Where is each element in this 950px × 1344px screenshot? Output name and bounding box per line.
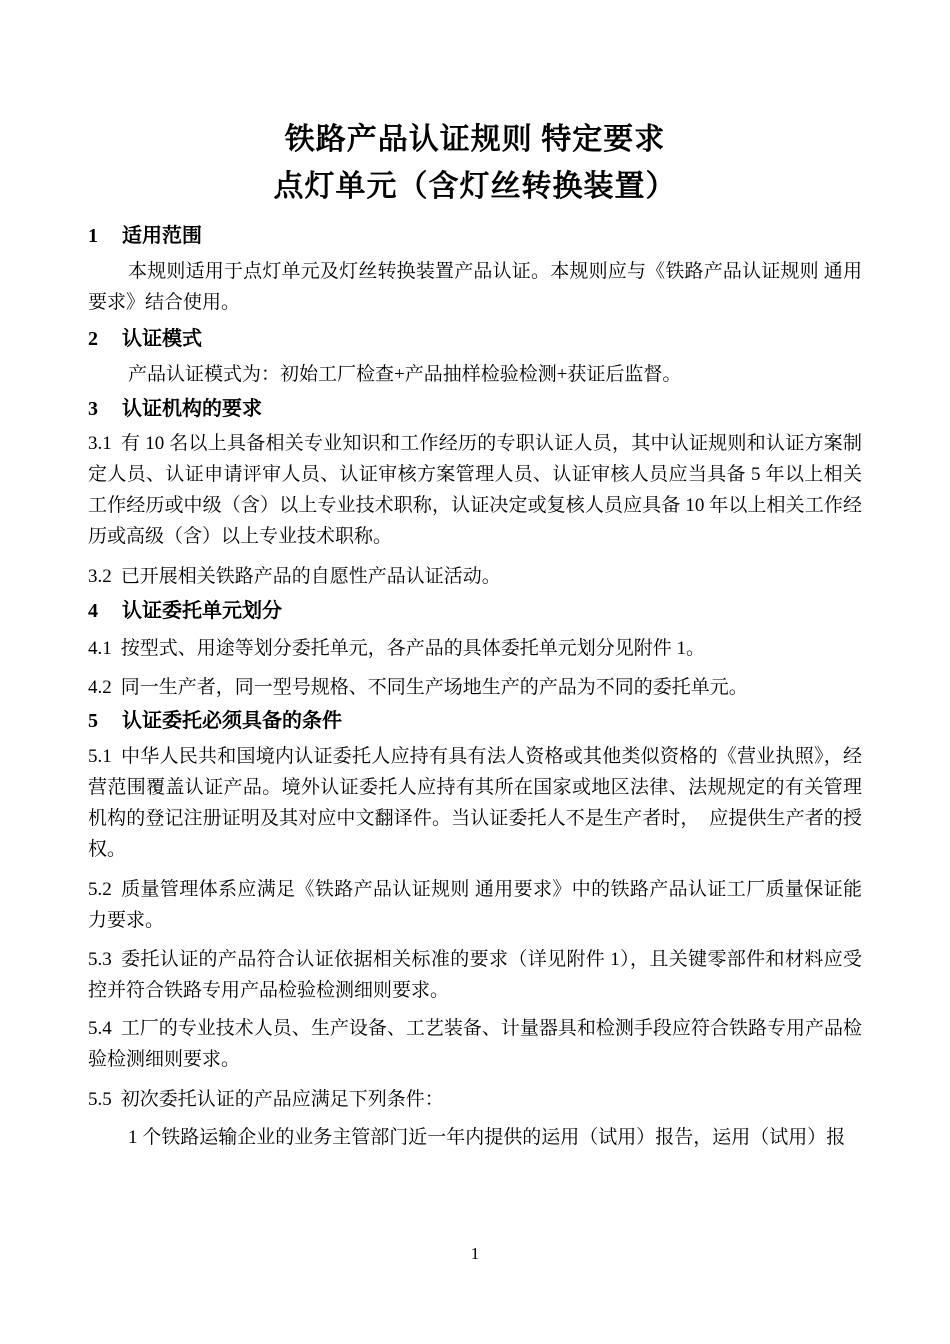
- section-number: 1: [88, 221, 122, 251]
- clause-text: 质量管理体系应满足《铁路产品认证规则 通用要求》中的铁路产品认证工厂质量保证能力…: [88, 879, 862, 931]
- paragraph-usage-report: 1 个铁路运输企业的业务主管部门近一年内提供的运用（试用）报告，运用（试用）报: [88, 1122, 862, 1153]
- clause-text: 按型式、用途等划分委托单元，各产品的具体委托单元划分见附件 1。: [121, 638, 705, 659]
- document-title-line-2: 点灯单元（含灯丝转换装置）: [88, 167, 862, 207]
- section-heading-4: 4认证委托单元划分: [88, 596, 862, 626]
- section-heading-text: 认证委托单元划分: [122, 600, 282, 622]
- clause-number: 4.2: [88, 677, 112, 698]
- clause-text: 已开展相关铁路产品的自愿性产品认证活动。: [121, 566, 501, 587]
- section-heading-2: 2认证模式: [88, 324, 862, 354]
- clause-number: 5.2: [88, 879, 112, 900]
- section-number: 5: [88, 706, 122, 736]
- section-heading-text: 认证委托必须具备的条件: [122, 710, 342, 732]
- paragraph-5-3: 5.3委托认证的产品符合认证依据相关标准的要求（详见附件 1），且关键零部件和材…: [88, 944, 862, 1006]
- clause-text: 委托认证的产品符合认证依据相关标准的要求（详见附件 1），且关键零部件和材料应受…: [88, 949, 862, 1001]
- clause-text: 初次委托认证的产品应满足下列条件：: [121, 1089, 444, 1110]
- section-heading-text: 认证机构的要求: [122, 398, 262, 420]
- clause-number: 4.1: [88, 638, 112, 659]
- section-number: 4: [88, 596, 122, 626]
- page-number: 1: [0, 1243, 950, 1265]
- section-heading-text: 适用范围: [122, 225, 202, 247]
- clause-text: 工厂的专业技术人员、生产设备、工艺装备、计量器具和检测手段应符合铁路专用产品检验…: [88, 1018, 862, 1070]
- section-heading-3: 3认证机构的要求: [88, 394, 862, 424]
- section-heading-5: 5认证委托必须具备的条件: [88, 706, 862, 736]
- paragraph-5-2: 5.2质量管理体系应满足《铁路产品认证规则 通用要求》中的铁路产品认证工厂质量保…: [88, 874, 862, 936]
- clause-number: 5.3: [88, 949, 112, 970]
- document-page: 铁路产品认证规则 特定要求 点灯单元（含灯丝转换装置） 1适用范围 本规则适用于…: [0, 0, 950, 1344]
- paragraph-4-2: 4.2同一生产者，同一型号规格、不同生产场地生产的产品为不同的委托单元。: [88, 672, 862, 703]
- paragraph-5-4: 5.4工厂的专业技术人员、生产设备、工艺装备、计量器具和检测手段应符合铁路专用产…: [88, 1013, 862, 1075]
- document-title-line-1: 铁路产品认证规则 特定要求: [88, 120, 862, 160]
- paragraph-scope: 本规则适用于点灯单元及灯丝转换装置产品认证。本规则应与《铁路产品认证规则 通用要…: [88, 256, 862, 318]
- section-number: 2: [88, 324, 122, 354]
- clause-number: 5.4: [88, 1018, 112, 1039]
- clause-text: 有 10 名以上具备相关专业知识和工作经历的专职认证人员，其中认证规则和认证方案…: [88, 433, 862, 547]
- section-number: 3: [88, 394, 122, 424]
- clause-number: 5.5: [88, 1089, 112, 1110]
- paragraph-cert-mode: 产品认证模式为：初始工厂检查+产品抽样检验检测+获证后监督。: [88, 359, 862, 390]
- clause-text: 中华人民共和国境内认证委托人应持有具有法人资格或其他类似资格的《营业执照》，经营…: [88, 746, 862, 860]
- section-heading-1: 1适用范围: [88, 221, 862, 251]
- clause-number: 5.1: [88, 746, 112, 767]
- paragraph-3-1: 3.1有 10 名以上具备相关专业知识和工作经历的专职认证人员，其中认证规则和认…: [88, 428, 862, 552]
- clause-text: 同一生产者，同一型号规格、不同生产场地生产的产品为不同的委托单元。: [121, 677, 748, 698]
- paragraph-4-1: 4.1按型式、用途等划分委托单元，各产品的具体委托单元划分见附件 1。: [88, 633, 862, 664]
- clause-number: 3.1: [88, 433, 112, 454]
- paragraph-5-5: 5.5初次委托认证的产品应满足下列条件：: [88, 1084, 862, 1115]
- clause-number: 3.2: [88, 566, 112, 587]
- paragraph-5-1: 5.1中华人民共和国境内认证委托人应持有具有法人资格或其他类似资格的《营业执照》…: [88, 741, 862, 865]
- section-heading-text: 认证模式: [122, 328, 202, 350]
- paragraph-3-2: 3.2已开展相关铁路产品的自愿性产品认证活动。: [88, 561, 862, 592]
